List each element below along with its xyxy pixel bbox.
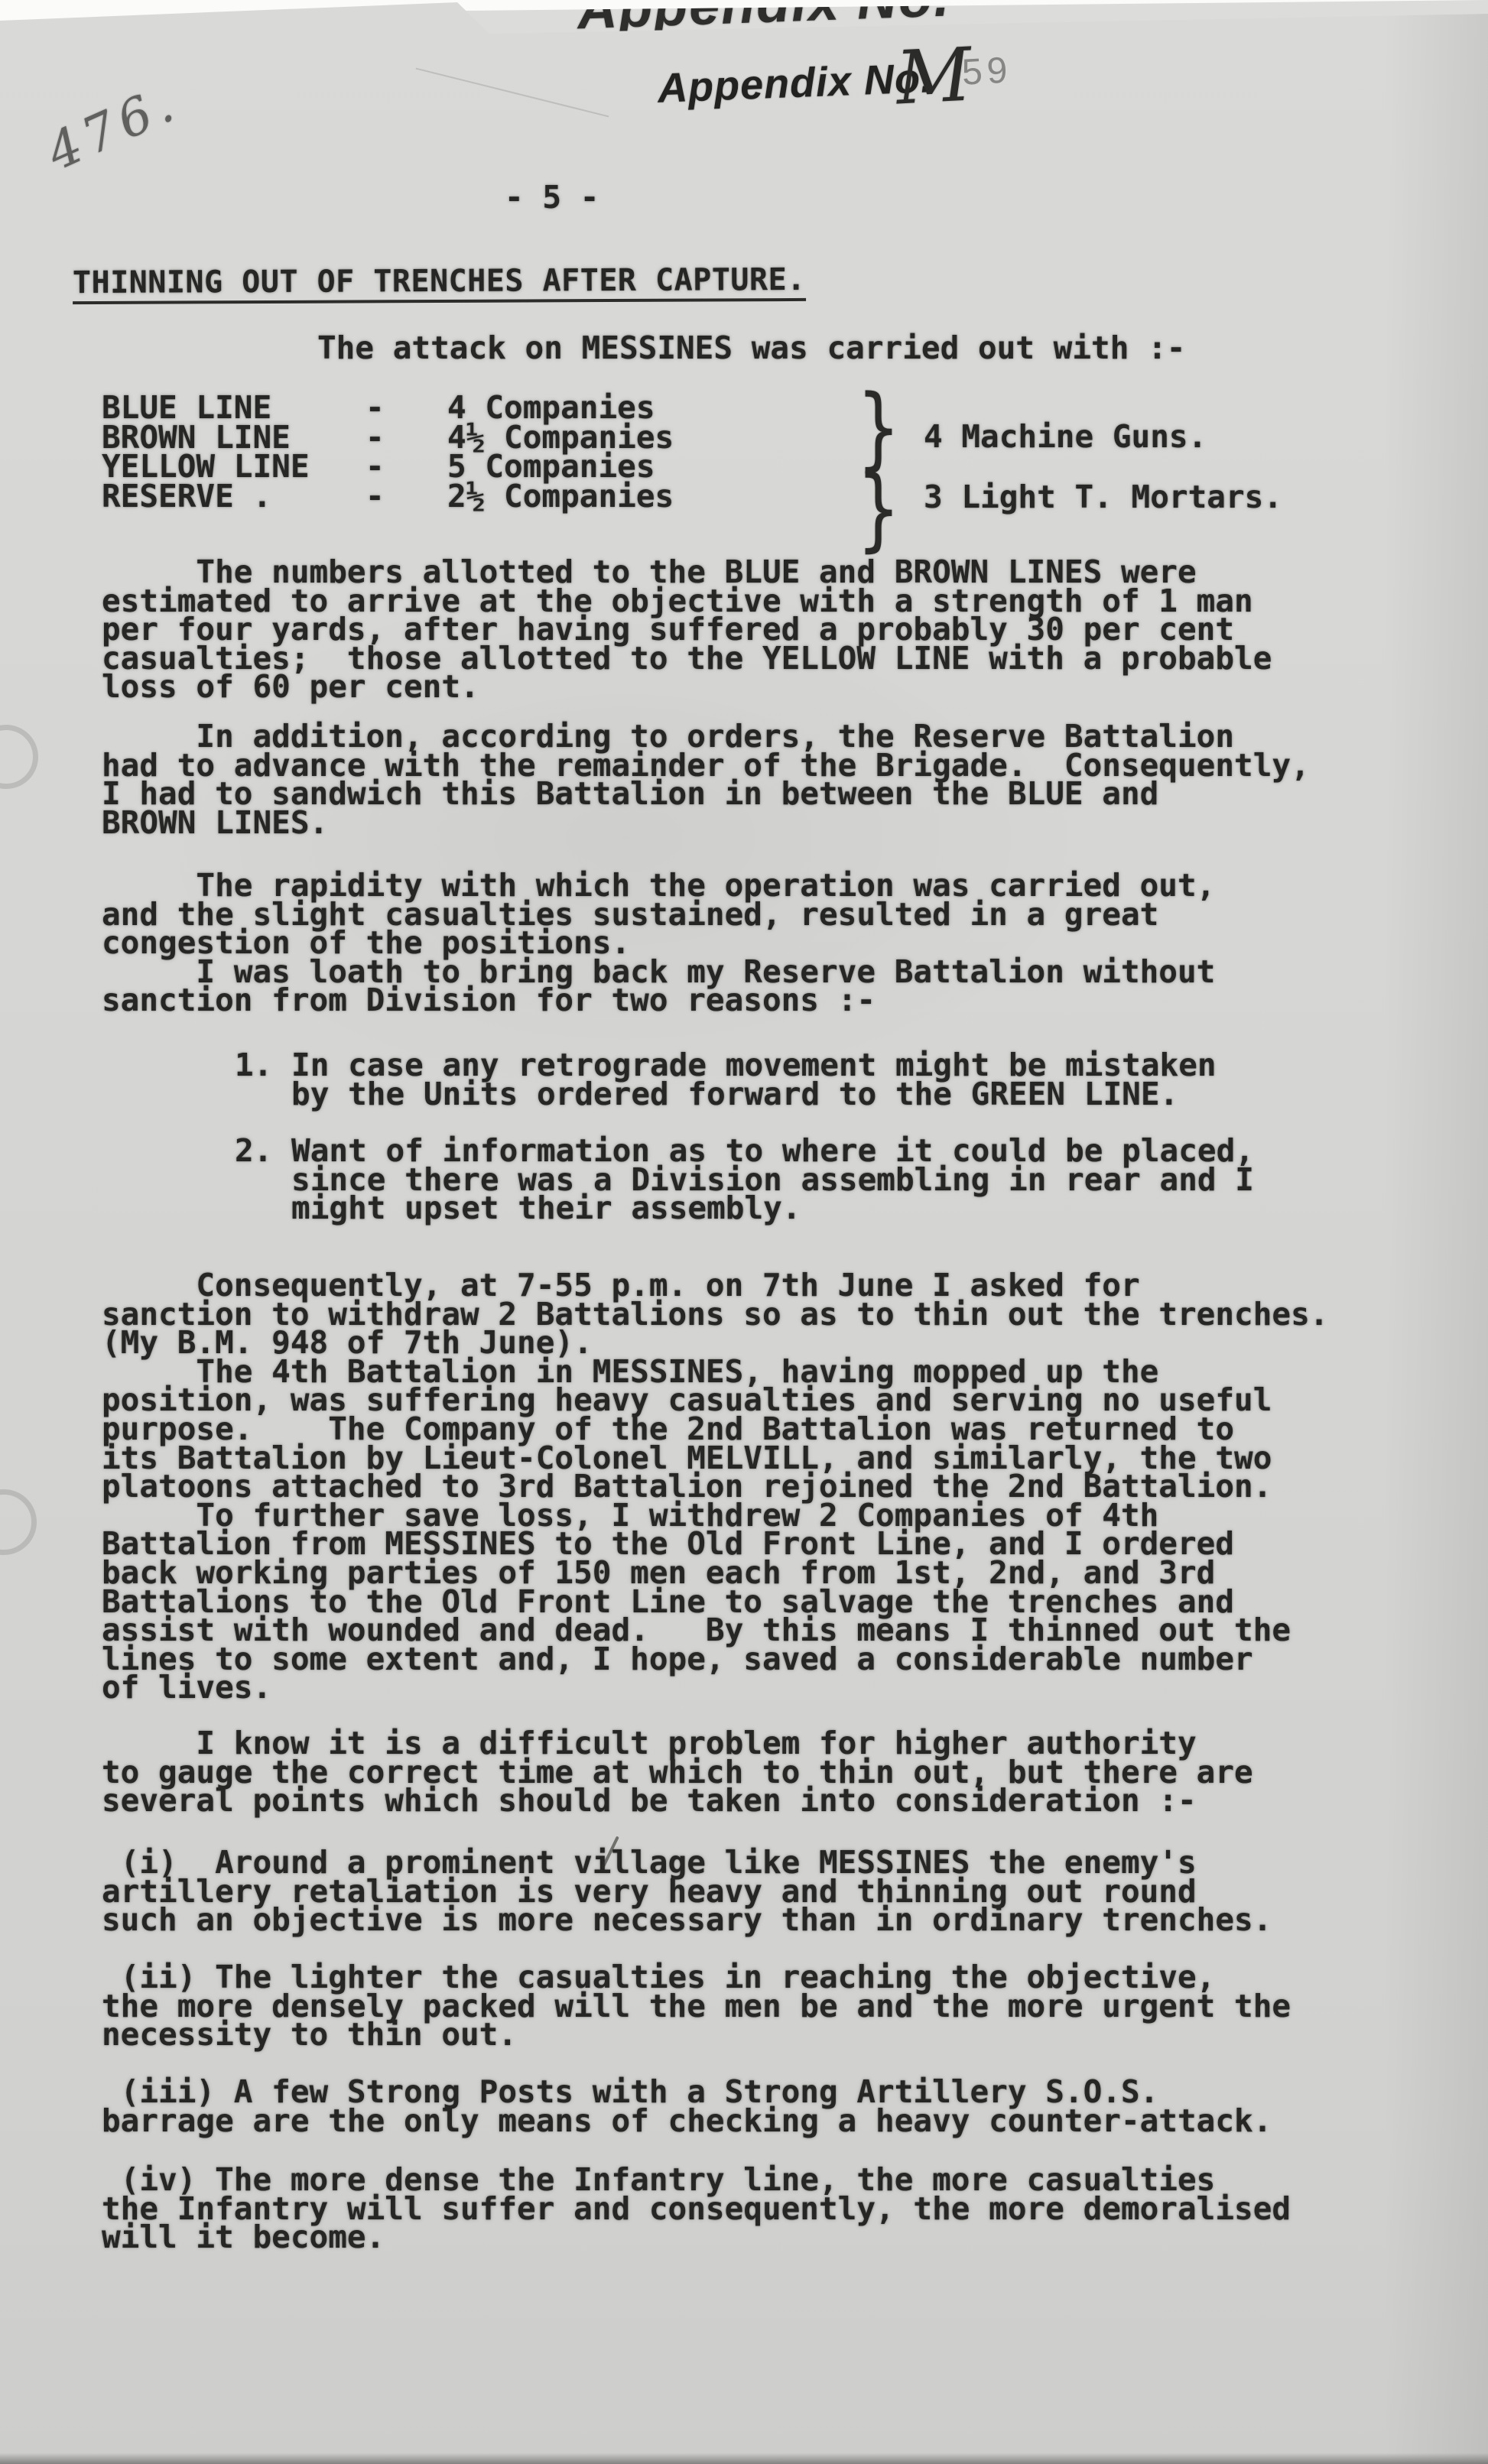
group-note-mortars: 3 Light T. Mortars. [924, 483, 1282, 512]
document-title: THINNING OUT OF TRENCHES AFTER CAPTURE. [73, 266, 806, 304]
paragraph-consequently: Consequently, at 7-55 p.m. on 7th June I… [102, 1271, 1328, 1703]
paper-crease [416, 68, 609, 118]
page-number: - 5 - [505, 183, 599, 213]
scanned-document: Appendix No. 476. Appendix No. M 59 - 5 … [0, 0, 1488, 2464]
brace-mortars: } [858, 457, 899, 562]
point-i: (i) Around a prominent village like MESS… [102, 1849, 1272, 1935]
dash: - [366, 482, 385, 511]
folio-stamp: 59 [961, 49, 1013, 93]
line-name: YELLOW LINE [102, 453, 310, 482]
point-iii: (iii) A few Strong Posts with a Strong A… [102, 2078, 1272, 2135]
line-strength: 2½ Companies [447, 482, 674, 511]
line-strength: 4 Companies [447, 394, 655, 423]
dash: - [366, 453, 385, 482]
point-iv: (iv) The more dense the Infantry line, t… [102, 2166, 1291, 2252]
group-note-machine-guns: 4 Machine Guns. [924, 423, 1207, 452]
paragraph-rapidity: The rapidity with which the operation wa… [102, 872, 1215, 1015]
line-name: RESERVE . [102, 482, 271, 511]
dash: - [366, 394, 385, 423]
point-ii: (ii) The lighter the casualties in reach… [102, 1963, 1291, 2050]
intro-line: The attack on MESSINES was carried out w… [317, 334, 1185, 363]
list-item-1: 1. In case any retrograde movement might… [235, 1051, 1217, 1109]
list-item-2: 2. Want of information as to where it co… [235, 1137, 1254, 1223]
punch-hole-mark [0, 1489, 37, 1555]
page-sheet: 476. Appendix No. M 59 - 5 - THINNING OU… [0, 0, 1488, 2464]
line-name: BLUE LINE [102, 394, 271, 423]
paragraph-numbers: The numbers allotted to the BLUE and BRO… [102, 558, 1272, 702]
paragraph-addition: In addition, according to orders, the Re… [102, 722, 1310, 837]
punch-hole-mark [0, 725, 38, 789]
appendix-label: Appendix No. [657, 54, 934, 112]
handwritten-page-number: 476. [38, 73, 187, 182]
paragraph-difficult: I know it is a difficult problem for hig… [102, 1729, 1253, 1816]
line-strength: 5 Companies [447, 453, 655, 482]
